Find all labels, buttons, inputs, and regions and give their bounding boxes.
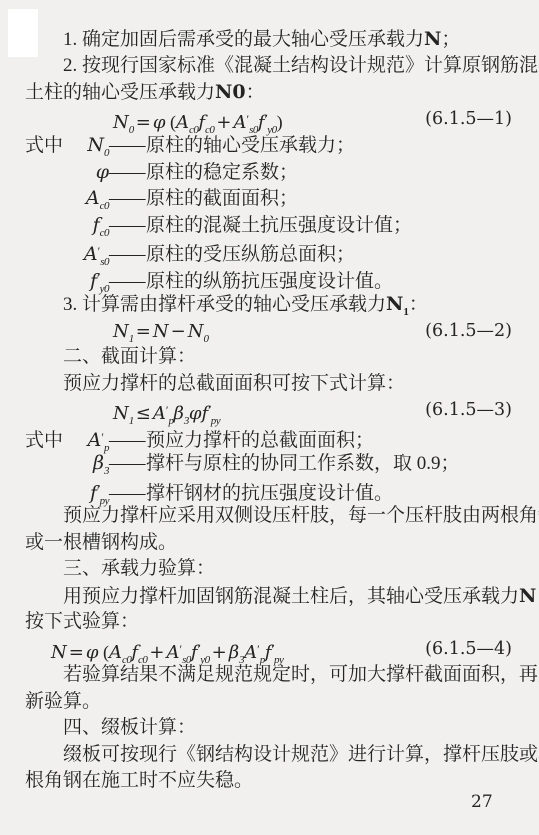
math-variable: φ: [189, 403, 202, 424]
definition-text: 原柱的纵筋抗压强度设计值。: [146, 271, 393, 292]
math-subscript: 0: [203, 333, 208, 345]
math-variable: N: [51, 642, 67, 663]
definition-line: A′s0——原柱的受压纵筋总面积；: [25, 238, 512, 265]
text-line: 1. 确定加固后需承受的最大轴心受压承载力N；: [25, 26, 512, 53]
math-variable: N: [153, 321, 169, 342]
definition-text: 原柱的稳定系数；: [146, 162, 298, 183]
definition-line: 式中A′p——预应力撑杆的总截面面积；: [25, 424, 512, 451]
where-label: 式中: [25, 133, 63, 160]
inline-variable: N: [386, 293, 403, 315]
definition-dash: ——: [109, 135, 144, 156]
text-line: 根角钢在施工时不应失稳。: [25, 768, 512, 795]
math-variable: φ: [153, 112, 166, 133]
math-variable: A: [109, 642, 122, 663]
math-subscript: c0: [100, 200, 109, 212]
scanned-document-page: 1. 确定加固后需承受的最大轴心受压承载力N；2. 按现行国家标准《混凝土结构设…: [0, 0, 539, 835]
text-line: 二、截面计算：: [25, 344, 512, 371]
definition-text: 原柱的受压纵筋总面积；: [146, 244, 355, 265]
definition-dash: ——: [109, 244, 144, 265]
math-variable: f: [93, 214, 100, 236]
math-variable: N: [113, 403, 129, 424]
definition-dash: ——: [109, 271, 144, 292]
math-operator: +: [210, 642, 229, 663]
text-line: 预应力撑杆应采用双侧设压杆肢，每一个压杆肢由两根角钢: [25, 503, 512, 530]
text-line: 2. 按现行国家标准《混凝土结构设计规范》计算原钢筋混凝: [25, 53, 512, 80]
math-variable: N: [188, 321, 204, 342]
formula-line: (6.1.5—2)N1=N−N0: [25, 318, 512, 345]
math-variable: A: [176, 112, 189, 133]
definition-text: 撑杆钢材的抗压强度设计值。: [146, 483, 393, 504]
text-line: 新验算。: [25, 689, 512, 716]
math-variable: β: [173, 403, 183, 424]
math-variable: N: [113, 112, 129, 133]
text-line: 预应力撑杆的总截面面积可按下式计算：: [25, 371, 512, 398]
math-variable: f: [90, 270, 97, 292]
formula-line: (6.1.5—3)N1≤A′pβ3φf′py: [25, 397, 512, 424]
math-operator: =: [134, 321, 153, 342]
equation-number: (6.1.5—1): [425, 106, 512, 133]
math-variable: A: [244, 642, 257, 663]
definition-dash: ——: [109, 430, 144, 451]
math-operator: ≤: [134, 403, 153, 424]
definition-line: 式中N0——原柱的轴心受压承载力；: [25, 132, 512, 159]
math-variable: φ: [86, 642, 99, 663]
math-subscript: c0: [100, 227, 109, 239]
symbol-column: φ: [25, 159, 109, 187]
math-variable: N: [87, 134, 104, 156]
text-run: 预应力撑杆的总截面面积可按下式计算：: [63, 373, 405, 394]
definition-dash: ——: [109, 483, 144, 504]
definition-dash: ——: [109, 215, 144, 236]
text-run: 按下式验算：: [25, 611, 139, 632]
text-run: 用预应力撑杆加固钢筋混凝土柱后，其轴心受压承载力: [63, 586, 519, 607]
definition-line: f′py——撑杆钢材的抗压强度设计值。: [25, 477, 512, 504]
definition-dash: ——: [109, 162, 144, 183]
definition-text: 预应力撑杆的总截面面积；: [146, 430, 374, 451]
math-variable: A: [153, 403, 166, 424]
definition-line: f′y0——原柱的纵筋抗压强度设计值。: [25, 265, 512, 292]
math-variable: A: [234, 112, 247, 133]
math-variable: β: [229, 642, 239, 663]
math-variable: A: [86, 187, 100, 209]
formula-line: (6.1.5—4)N=φ (Ac0fc0+A′s0f′y0+β3A′pf′py: [25, 636, 512, 663]
definition-text: 原柱的轴心受压承载力；: [146, 135, 355, 156]
definition-line: φ——原柱的稳定系数；: [25, 159, 512, 186]
text-run: 根角钢在施工时不应失稳。: [25, 770, 253, 791]
document-body: 1. 确定加固后需承受的最大轴心受压承载力N；2. 按现行国家标准《混凝土结构设…: [25, 26, 512, 795]
text-line: 土柱的轴心受压承载力N0：: [25, 79, 512, 106]
math-variable: f: [131, 642, 138, 663]
equation-number: (6.1.5—4): [425, 636, 512, 663]
equation-number: (6.1.5—2): [425, 318, 512, 345]
definition-dash: ——: [109, 188, 144, 209]
math-operator: +: [214, 112, 233, 133]
inline-variable: N: [519, 585, 536, 607]
definition-dash: ——: [109, 453, 144, 474]
text-run: 土柱的轴心受压承载力: [25, 82, 215, 103]
text-run: ；: [441, 29, 460, 50]
text-line: 缀板可按现行《钢结构设计规范》进行计算，撑杆压肢或单: [25, 742, 512, 769]
text-run: (: [98, 642, 109, 662]
text-line: 或一根槽钢构成。: [25, 530, 512, 557]
text-run: 若验算结果不满足规范规定时，可加大撑杆截面面积，再重: [63, 664, 539, 685]
math-operator: =: [134, 112, 153, 133]
text-run: 或一根槽钢构成。: [25, 532, 177, 553]
text-line: 3. 计算需由撑杆承受的轴心受压承载力N1：: [25, 291, 512, 318]
math-variable: A: [88, 429, 102, 451]
text-run: 1. 确定加固后需承受的最大轴心受压承载力: [63, 29, 424, 50]
math-variable: A: [84, 243, 98, 265]
math-variable: f: [90, 482, 97, 504]
definition-line: fc0——原柱的混凝土抗压强度设计值；: [25, 212, 512, 239]
text-line: 用预应力撑杆加固钢筋混凝土柱后，其轴心受压承载力N 可: [25, 583, 512, 610]
text-run: (: [165, 112, 176, 132]
math-variable: A: [167, 642, 180, 663]
text-line: 按下式验算：: [25, 609, 512, 636]
definition-line: β3——撑杆与原柱的协同工作系数，取 0.9；: [25, 450, 512, 477]
math-operator: −: [169, 321, 188, 342]
math-variable: f: [198, 112, 205, 133]
math-variable: f: [258, 112, 265, 133]
text-line: 三、承载力验算：: [25, 556, 512, 583]
text-run: 三、承载力验算：: [63, 558, 215, 579]
math-operator: +: [147, 642, 166, 663]
inline-variable: N0: [215, 81, 246, 103]
math-variable: φ: [96, 161, 109, 183]
text-run: 预应力撑杆应采用双侧设压杆肢，每一个压杆肢由两根角钢: [63, 505, 539, 526]
definition-text: 撑杆与原柱的协同工作系数，取 0.9；: [146, 453, 460, 474]
math-subscript: 1: [129, 333, 134, 345]
math-variable: N: [113, 321, 129, 342]
text-run: 二、截面计算：: [63, 346, 196, 367]
inline-variable: N: [424, 28, 441, 50]
equation-number: (6.1.5—3): [425, 397, 512, 424]
math-variable: β: [93, 452, 104, 474]
text-run: ：: [246, 82, 265, 103]
text-line: 若验算结果不满足规范规定时，可加大撑杆截面面积，再重: [25, 662, 512, 689]
text-run: 新验算。: [25, 691, 101, 712]
definition-text: 原柱的混凝土抗压强度设计值；: [146, 215, 412, 236]
math-operator: =: [67, 642, 86, 663]
math-variable: f: [191, 642, 198, 663]
text-run: 2. 按现行国家标准《混凝土结构设计规范》计算原钢筋混凝: [63, 55, 539, 76]
formula-line: (6.1.5—1)N0=φ (Ac0fc0+A′s0f′y0): [25, 106, 512, 133]
text-line: 四、缀板计算：: [25, 715, 512, 742]
definition-text: 原柱的截面面积；: [146, 188, 298, 209]
math-symbol: φ: [96, 159, 109, 187]
text-run: 缀板可按现行《钢结构设计规范》进行计算，撑杆压肢或单: [63, 744, 539, 765]
text-run: ：: [409, 294, 428, 315]
text-run: 四、缀板计算：: [63, 717, 196, 738]
definition-line: Ac0——原柱的截面面积；: [25, 185, 512, 212]
text-run: ): [277, 112, 283, 132]
text-run: 3. 计算需由撑杆承受的轴心受压承载力: [63, 294, 386, 315]
page-number: 27: [471, 792, 493, 812]
